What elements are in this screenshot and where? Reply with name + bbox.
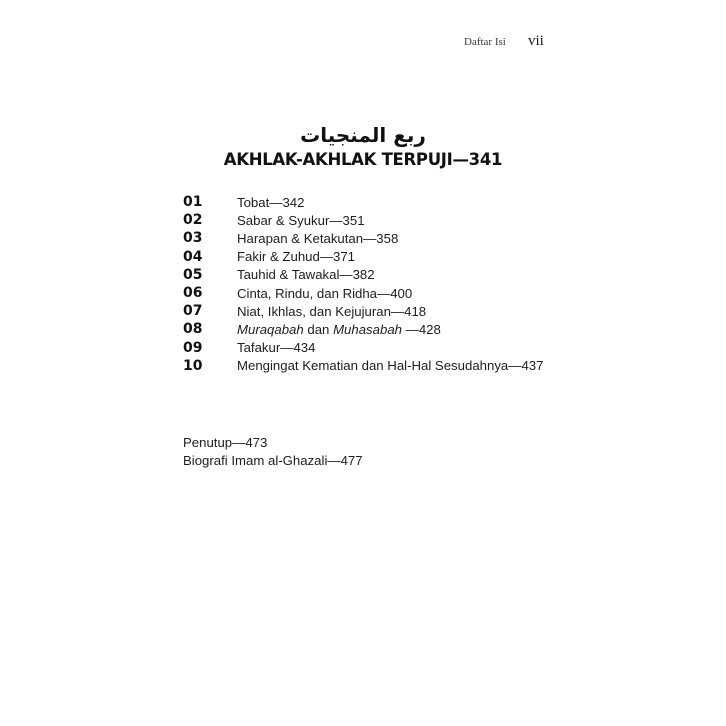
chapter-number: 04 [183, 249, 237, 265]
chapter-title: Fakir & Zuhud—371 [237, 249, 355, 264]
toc-entry[interactable]: 07 Niat, Ikhlas, dan Kejujuran—418 [183, 302, 583, 320]
back-matter-list: Penutup—473 Biografi Imam al-Ghazali—477 [183, 433, 363, 470]
running-head-section: Daftar Isi [464, 36, 506, 48]
toc-entry[interactable]: 08 Muraqabah dan Muhasabah —428 [183, 320, 583, 338]
chapter-number: 06 [183, 285, 237, 301]
toc-entry[interactable]: 04 Fakir & Zuhud—371 [183, 248, 583, 266]
chapter-number: 07 [183, 303, 237, 319]
running-head: Daftar Isi vii [0, 33, 726, 53]
toc-entry[interactable]: 10 Mengingat Kematian dan Hal-Hal Sesuda… [183, 357, 583, 375]
back-matter-entry[interactable]: Biografi Imam al-Ghazali—477 [183, 452, 363, 471]
chapter-number: 10 [183, 358, 237, 374]
toc-entry[interactable]: 06 Cinta, Rindu, dan Ridha—400 [183, 284, 583, 302]
chapter-number: 09 [183, 340, 237, 356]
chapter-title: Niat, Ikhlas, dan Kejujuran—418 [237, 304, 426, 319]
chapter-number: 08 [183, 321, 237, 337]
part-title: AKHLAK-AKHLAK TERPUJI—341 [0, 150, 726, 169]
chapter-number: 02 [183, 212, 237, 228]
chapter-title: Tauhid & Tawakal—382 [237, 267, 375, 282]
chapter-title: Muraqabah dan Muhasabah —428 [237, 322, 441, 337]
back-matter-entry[interactable]: Penutup—473 [183, 433, 363, 452]
toc-entry[interactable]: 03 Harapan & Ketakutan—358 [183, 229, 583, 247]
chapter-title: Tafakur—434 [237, 340, 315, 355]
chapter-title: Tobat—342 [237, 195, 304, 210]
toc-entry[interactable]: 01 Tobat—342 [183, 193, 583, 211]
toc-entry[interactable]: 09 Tafakur—434 [183, 339, 583, 357]
chapter-number: 05 [183, 267, 237, 283]
toc-entry[interactable]: 05 Tauhid & Tawakal—382 [183, 266, 583, 284]
chapter-number: 01 [183, 194, 237, 210]
chapter-number: 03 [183, 230, 237, 246]
chapter-title: Cinta, Rindu, dan Ridha—400 [237, 286, 412, 301]
part-title-arabic: ربع المنجيات [0, 123, 726, 147]
table-of-contents: 01 Tobat—342 02 Sabar & Syukur—351 03 Ha… [183, 193, 583, 375]
chapter-title: Sabar & Syukur—351 [237, 213, 365, 228]
chapter-title: Mengingat Kematian dan Hal-Hal Sesudahny… [237, 358, 543, 373]
toc-entry[interactable]: 02 Sabar & Syukur—351 [183, 211, 583, 229]
page-number: vii [528, 33, 544, 50]
chapter-title: Harapan & Ketakutan—358 [237, 231, 398, 246]
